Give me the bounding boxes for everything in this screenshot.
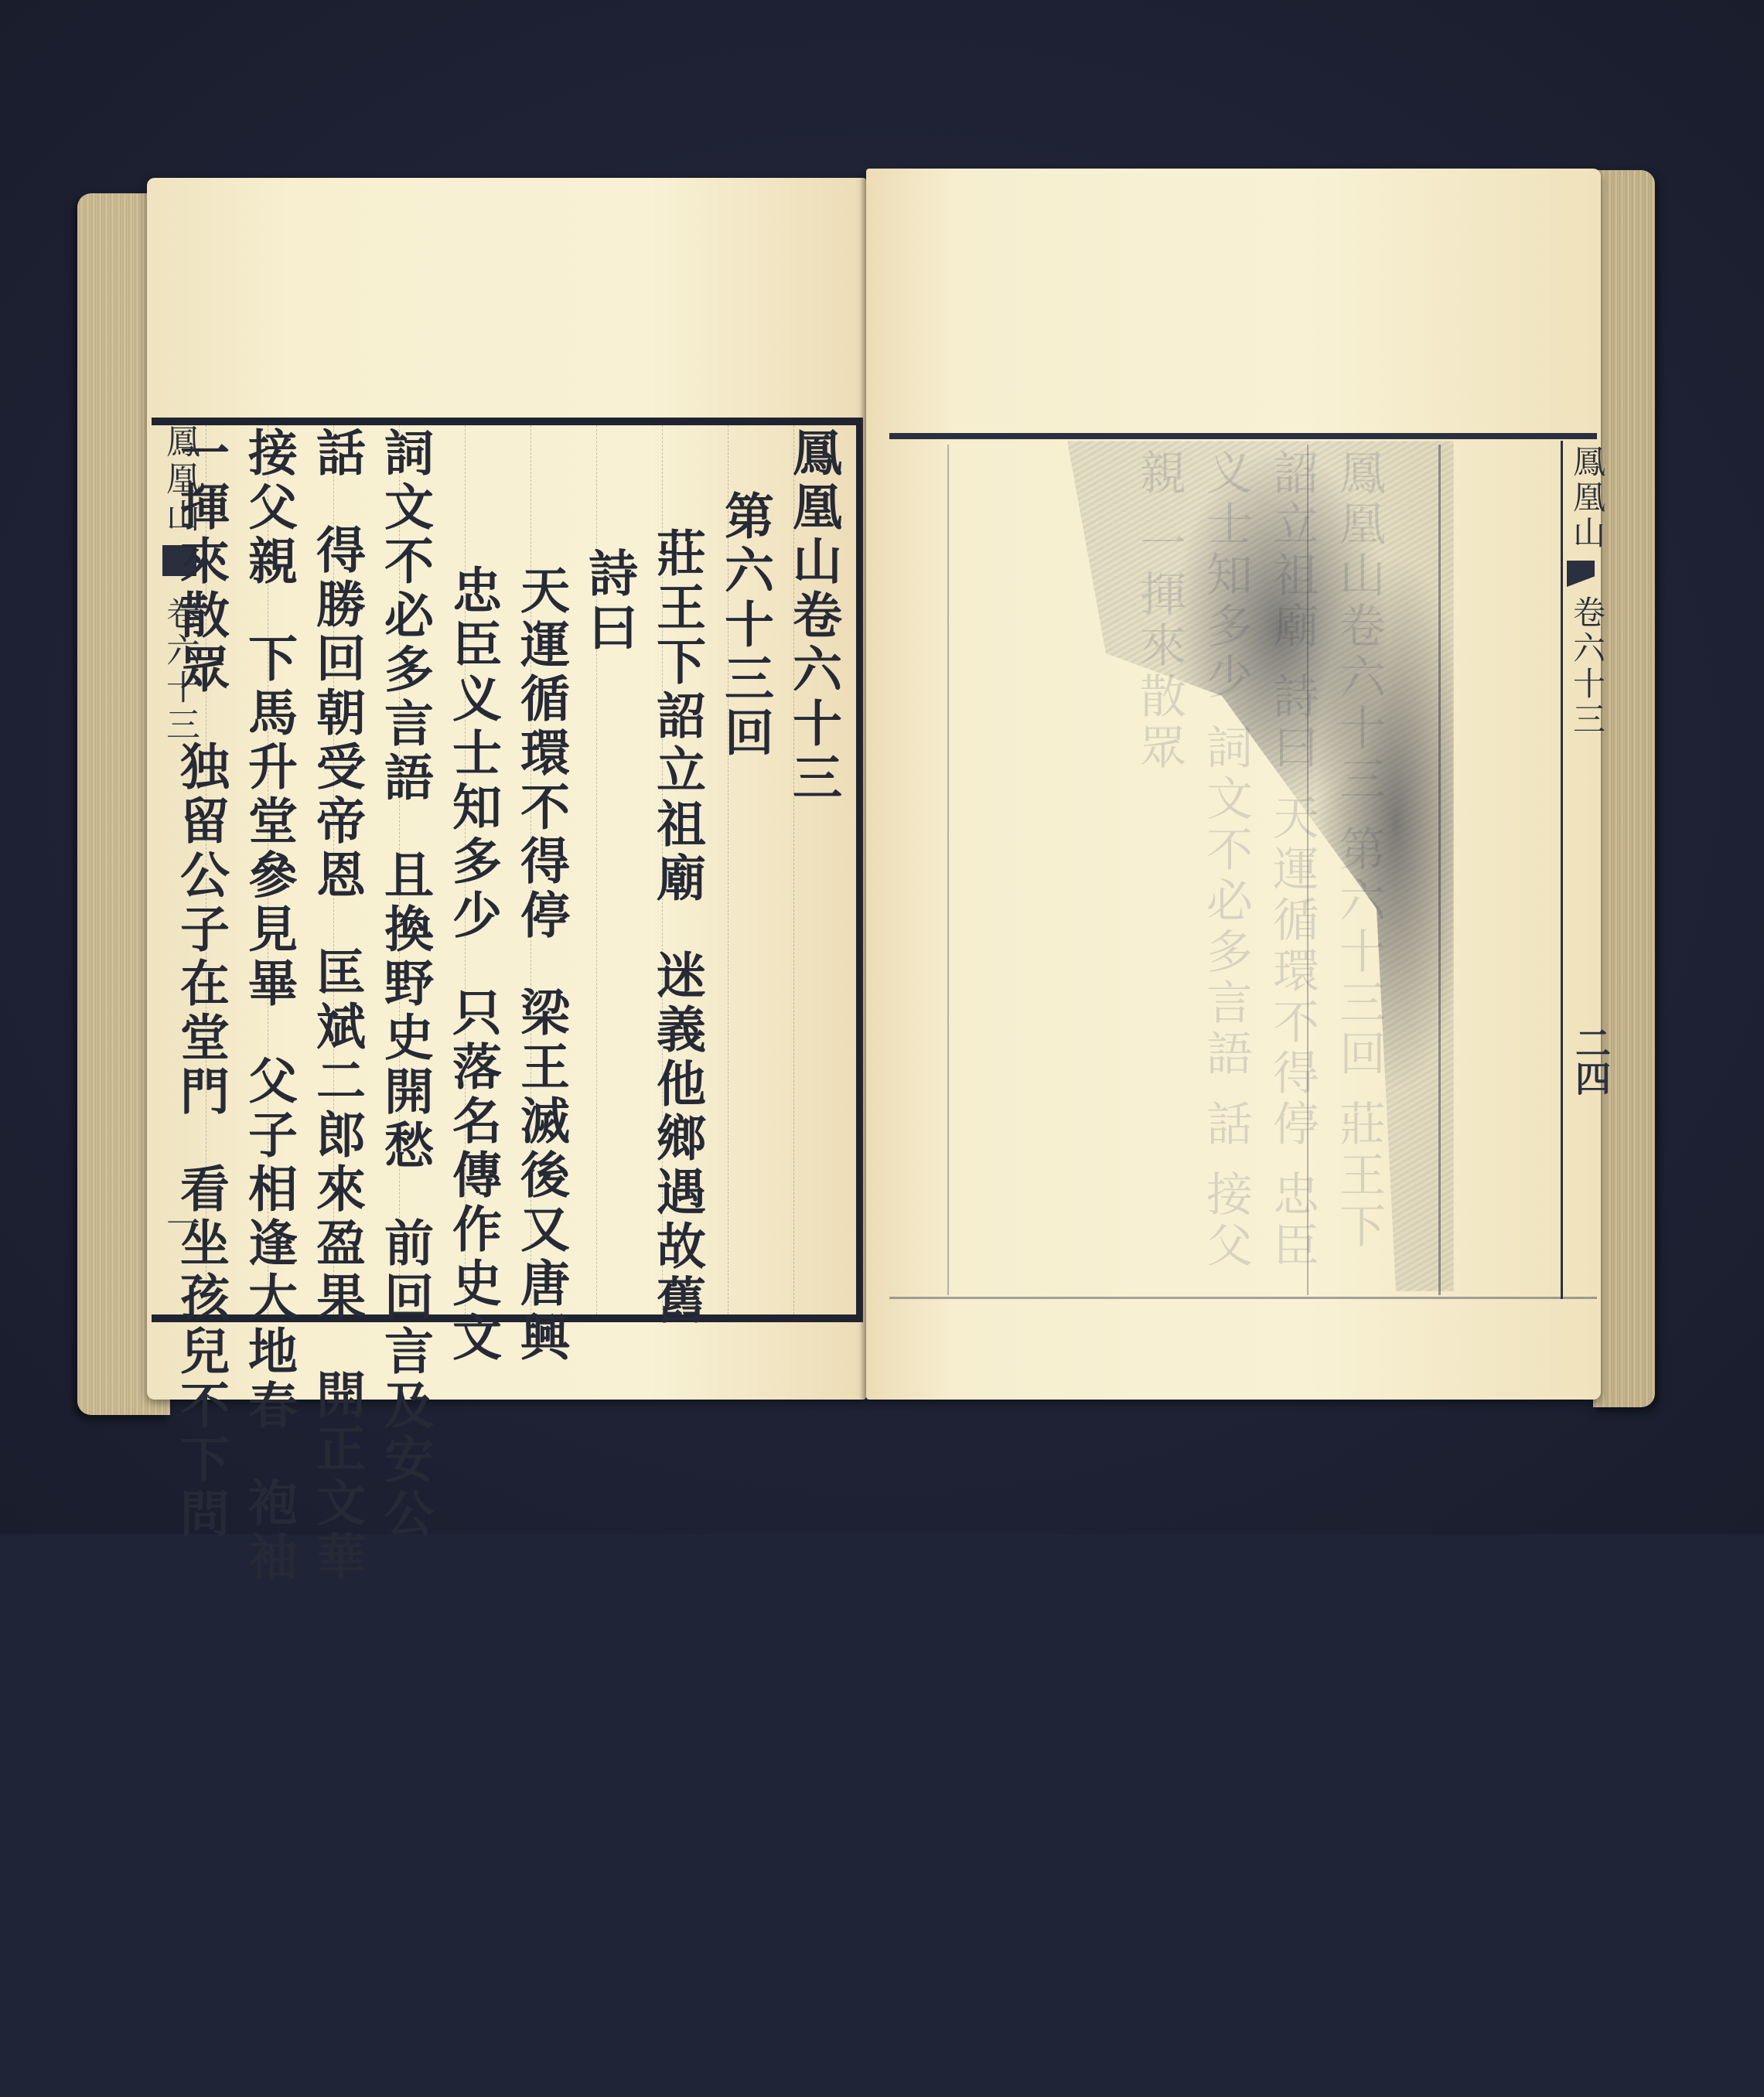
right-fold-volume: 卷六十三 bbox=[1564, 595, 1607, 1446]
body-phrase: 話 bbox=[308, 427, 366, 481]
body-phrase: 開正文華 bbox=[308, 1369, 366, 1534]
poem-heading: 詩曰 bbox=[575, 427, 643, 1308]
poem-line-2: 忠臣义士知多少只落名傳作史文 bbox=[438, 427, 507, 1308]
fold-book-title: 鳳凰山 bbox=[1564, 445, 1610, 551]
body-line-2: 話得勝回朝受帝恩匡斌二郎來盈果開正文華 bbox=[302, 427, 370, 1308]
poem-verse: 只落名傳作史文 bbox=[444, 987, 502, 1366]
body-phrase: 父子相逢大地春 bbox=[240, 1055, 298, 1434]
body-line-1: 詞文不必多言語且換野史開愁前回言及安公 bbox=[370, 427, 438, 1308]
right-fold-rule bbox=[1561, 441, 1563, 1299]
body-phrase: 詞文不必多言語 bbox=[376, 427, 434, 806]
body-phrase: 一揮來散眾 bbox=[172, 427, 230, 697]
poem-verse: 天運循環不得停 bbox=[512, 564, 570, 943]
subtitle-line-2: 迷義他鄉遇故舊 bbox=[648, 950, 706, 1328]
subtitle-line-1: 莊王下詔立祖廟 bbox=[648, 527, 706, 906]
body-phrase: 看坐孩兒不下問 bbox=[172, 1163, 230, 1534]
chapter-number: 第六十三回 bbox=[711, 427, 779, 1308]
body-phrase: 前回言及安公 bbox=[376, 1217, 434, 1534]
body-phrase: 袍袖 bbox=[240, 1477, 298, 1534]
poem-verse: 忠臣义士知多少 bbox=[444, 564, 502, 943]
fold-volume: 卷六十三 bbox=[1564, 595, 1610, 738]
body-phrase: 独留公子在堂門 bbox=[172, 741, 230, 1120]
right-fold-page-number: 二四 bbox=[1565, 1025, 1616, 1096]
chapter-subtitle: 莊王下詔立祖廟迷義他鄉遇故舊 bbox=[643, 427, 711, 1308]
poem-verse: 梁王滅後又唐興 bbox=[512, 987, 570, 1366]
poem-line-1: 天運循環不得停梁王滅後又唐興 bbox=[507, 427, 575, 1308]
body-phrase: 得勝回朝受帝恩 bbox=[308, 524, 366, 903]
left-page-text-body: 鳳凰山卷六十三 第六十三回 莊王下詔立祖廟迷義他鄉遇故舊 詩曰 天運循環不得停梁… bbox=[193, 427, 847, 1308]
body-phrase: 且換野史開愁 bbox=[376, 849, 434, 1174]
body-phrase: 接父親 bbox=[240, 427, 298, 589]
body-line-3: 接父親下馬升堂參見畢父子相逢大地春袍袖 bbox=[234, 427, 302, 1308]
body-phrase: 匡斌二郎來盈果 bbox=[308, 946, 366, 1325]
volume-title: 鳳凰山卷六十三 bbox=[779, 427, 847, 1308]
body-phrase: 下馬升堂參見畢 bbox=[240, 633, 298, 1011]
body-line-4: 一揮來散眾独留公子在堂門看坐孩兒不下問 bbox=[166, 427, 234, 1308]
